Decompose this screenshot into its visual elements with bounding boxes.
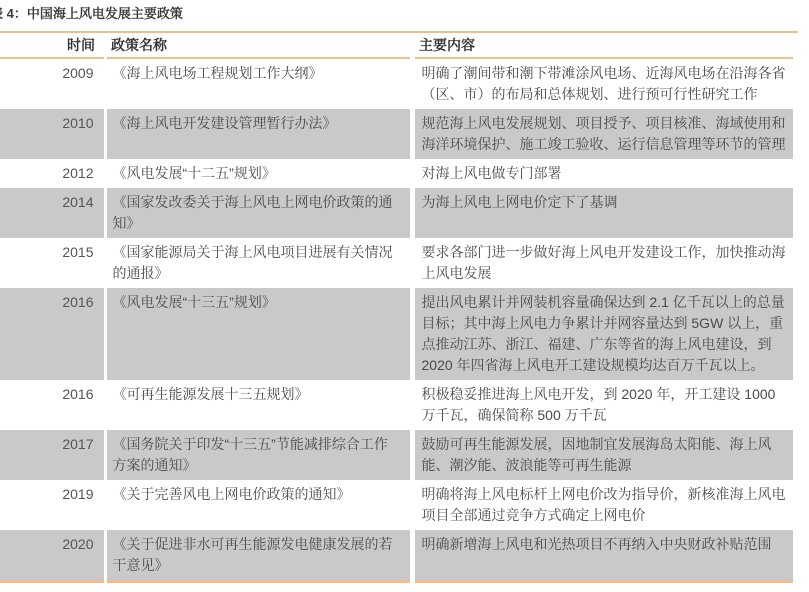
policy-year-cell: 2017: [0, 430, 105, 480]
table-row: 2009 《海上风电场工程规划工作大纲》 明确了潮间带和潮下带滩涂风电场、近海风…: [0, 58, 798, 109]
policy-content-cell: 规范海上风电发展规划、项目授予、项目核准、海域使用和海洋环境保护、施工竣工验收、…: [412, 109, 798, 159]
table-caption: 表 4：中国海上风电发展主要政策: [0, 6, 809, 22]
policy-name-cell: 《国家发改委关于海上风电上网电价政策的通知》: [105, 188, 412, 238]
policy-content-cell: 明确新增海上风电和光热项目不再纳入中央财政补贴范围: [412, 530, 798, 582]
policy-name-cell: 《风电发展“十三五”规划》: [105, 288, 412, 380]
policy-name-cell: 《海上风电开发建设管理暂行办法》: [105, 109, 412, 159]
policy-year-cell: 2010: [0, 109, 105, 159]
policy-content-cell: 为海上风电上网电价定下了基调: [412, 188, 798, 238]
policy-table-header: 时间 政策名称 主要内容: [0, 32, 798, 58]
table-row: 2016 《风电发展“十三五”规划》 提出风电累计并网装机容量确保达到 2.1 …: [0, 288, 798, 380]
policy-table: 时间 政策名称 主要内容 2009 《海上风电场工程规划工作大纲》 明确了潮间带…: [0, 31, 802, 583]
policy-name-cell: 《风电发展“十二五”规划》: [105, 159, 412, 188]
policy-year-cell: 2016: [0, 380, 105, 430]
policy-name-cell: 《国家能源局关于海上风电项目进展有关情况的通报》: [105, 238, 412, 288]
table-row: 2010 《海上风电开发建设管理暂行办法》 规范海上风电发展规划、项目授予、项目…: [0, 109, 798, 159]
policy-table-body: 2009 《海上风电场工程规划工作大纲》 明确了潮间带和潮下带滩涂风电场、近海风…: [0, 58, 798, 582]
policy-name-cell: 《关于促进非水可再生能源发电健康发展的若干意见》: [105, 530, 412, 582]
col-header-time: 时间: [0, 32, 105, 58]
policy-year-cell: 2016: [0, 288, 105, 380]
policy-content-cell: 积极稳妥推进海上风电开发，到 2020 年，开工建设 1000 万千瓦，确保简称…: [412, 380, 798, 430]
header-row: 时间 政策名称 主要内容: [0, 32, 798, 58]
table-row: 2016 《可再生能源发展十三五规划》 积极稳妥推进海上风电开发，到 2020 …: [0, 380, 798, 430]
table-row: 2019 《关于完善风电上网电价政策的通知》 明确将海上风电标杆上网电价改为指导…: [0, 480, 798, 530]
policy-year-cell: 2012: [0, 159, 105, 188]
policy-content-cell: 鼓励可再生能源发展，因地制宜发展海岛太阳能、海上风能、潮汐能、波浪能等可再生能源: [412, 430, 798, 480]
table-row: 2012 《风电发展“十二五”规划》 对海上风电做专门部署: [0, 159, 798, 188]
table-row: 2020 《关于促进非水可再生能源发电健康发展的若干意见》 明确新增海上风电和光…: [0, 530, 798, 582]
policy-year-cell: 2014: [0, 188, 105, 238]
policy-content-cell: 提出风电累计并网装机容量确保达到 2.1 亿千瓦以上的总量目标；其中海上风电力争…: [412, 288, 798, 380]
table-row: 2014 《国家发改委关于海上风电上网电价政策的通知》 为海上风电上网电价定下了…: [0, 188, 798, 238]
col-header-policy-name: 政策名称: [105, 32, 412, 58]
report-table-page: 表 4：中国海上风电发展主要政策 时间 政策名称 主要内容 2009 《海上风电…: [0, 6, 809, 592]
policy-content-cell: 明确将海上风电标杆上网电价改为指导价，新核准海上风电项目全部通过竞争方式确定上网…: [412, 480, 798, 530]
policy-name-cell: 《可再生能源发展十三五规划》: [105, 380, 412, 430]
table-row: 2017 《国务院关于印发“十三五”节能减排综合工作方案的通知》 鼓励可再生能源…: [0, 430, 798, 480]
policy-name-cell: 《海上风电场工程规划工作大纲》: [105, 58, 412, 109]
policy-content-cell: 明确了潮间带和潮下带滩涂风电场、近海风电场在沿海各省（区、市）的布局和总体规划、…: [412, 58, 798, 109]
policy-content-cell: 要求各部门进一步做好海上风电开发建设工作，加快推动海上风电发展: [412, 238, 798, 288]
policy-year-cell: 2015: [0, 238, 105, 288]
col-header-main-content: 主要内容: [412, 32, 798, 58]
policy-year-cell: 2009: [0, 58, 105, 109]
policy-year-cell: 2019: [0, 480, 105, 530]
policy-name-cell: 《关于完善风电上网电价政策的通知》: [105, 480, 412, 530]
policy-name-cell: 《国务院关于印发“十三五”节能减排综合工作方案的通知》: [105, 430, 412, 480]
table-row: 2015 《国家能源局关于海上风电项目进展有关情况的通报》 要求各部门进一步做好…: [0, 238, 798, 288]
policy-year-cell: 2020: [0, 530, 105, 582]
policy-content-cell: 对海上风电做专门部署: [412, 159, 798, 188]
